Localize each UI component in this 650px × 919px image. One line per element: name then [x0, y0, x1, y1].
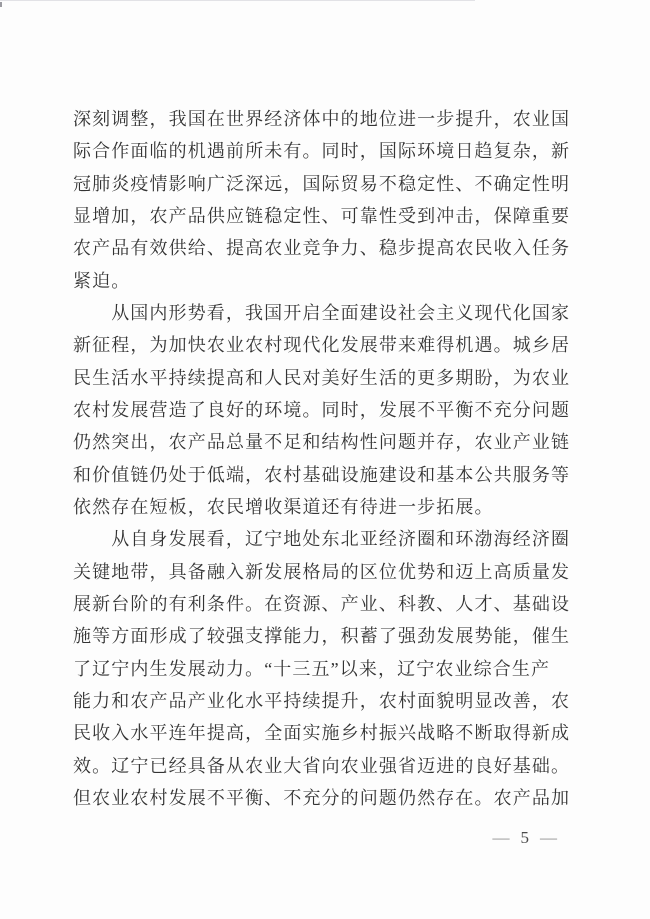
text-line: 民收入水平连年提高，全面实施乡村振兴战略不断取得新成 — [73, 717, 572, 749]
text-line: 施等方面形成了较强支撑能力，积蓄了强劲发展势能，催生 — [73, 620, 572, 652]
page-body-text: 深刻调整，我国在世界经济体中的地位进一步提升，农业国 际合作面临的机遇前所未有。… — [73, 103, 572, 814]
footer-dash-left: — — [493, 828, 510, 848]
scan-edge-artifact — [0, 0, 475, 1]
document-page: 深刻调整，我国在世界经济体中的地位进一步提升，农业国 际合作面临的机遇前所未有。… — [0, 0, 650, 919]
text-line: 冠肺炎疫情影响广泛深远，国际贸易不稳定性、不确定性明 — [73, 168, 572, 200]
text-line: 依然存在短板，农民增收渠道还有待进一步拓展。 — [73, 491, 572, 523]
text-line: 农产品有效供给、提高农业竞争力、稳步提高农民收入任务 — [73, 232, 572, 264]
text-line: 但农业农村发展不平衡、不充分的问题仍然存在。农产品加 — [73, 782, 572, 814]
text-line: 效。辽宁已经具备从农业大省向农业强省迈进的良好基础。 — [73, 750, 572, 782]
text-line: 了辽宁内生发展动力。“十三五”以来，辽宁农业综合生产 — [73, 653, 572, 685]
scan-corner-speck — [0, 2, 2, 7]
text-line: 紧迫。 — [73, 265, 572, 297]
text-line: 关键地带，具备融入新发展格局的区位优势和迈上高质量发 — [73, 556, 572, 588]
page-footer: — 5 — — [493, 828, 558, 848]
text-line: 和价值链仍处于低端，农村基础设施建设和基本公共服务等 — [73, 459, 572, 491]
text-line: 际合作面临的机遇前所未有。同时，国际环境日趋复杂，新 — [73, 135, 572, 167]
text-line: 从自身发展看，辽宁地处东北亚经济圈和环渤海经济圈 — [73, 523, 572, 555]
text-line: 从国内形势看，我国开启全面建设社会主义现代化国家 — [73, 297, 572, 329]
text-line: 民生活水平持续提高和人民对美好生活的更多期盼，为农业 — [73, 362, 572, 394]
text-line: 农村发展营造了良好的环境。同时，发展不平衡不充分问题 — [73, 394, 572, 426]
text-line: 仍然突出，农产品总量不足和结构性问题并存，农业产业链 — [73, 426, 572, 458]
text-line: 展新台阶的有利条件。在资源、产业、科教、人才、基础设 — [73, 588, 572, 620]
page-number: 5 — [521, 828, 530, 848]
text-line: 新征程，为加快农业农村现代化发展带来难得机遇。城乡居 — [73, 329, 572, 361]
text-line: 能力和农产品产业化水平持续提升，农村面貌明显改善，农 — [73, 685, 572, 717]
text-line: 深刻调整，我国在世界经济体中的地位进一步提升，农业国 — [73, 103, 572, 135]
text-line: 显增加，农产品供应链稳定性、可靠性受到冲击，保障重要 — [73, 200, 572, 232]
footer-dash-right: — — [540, 828, 557, 848]
